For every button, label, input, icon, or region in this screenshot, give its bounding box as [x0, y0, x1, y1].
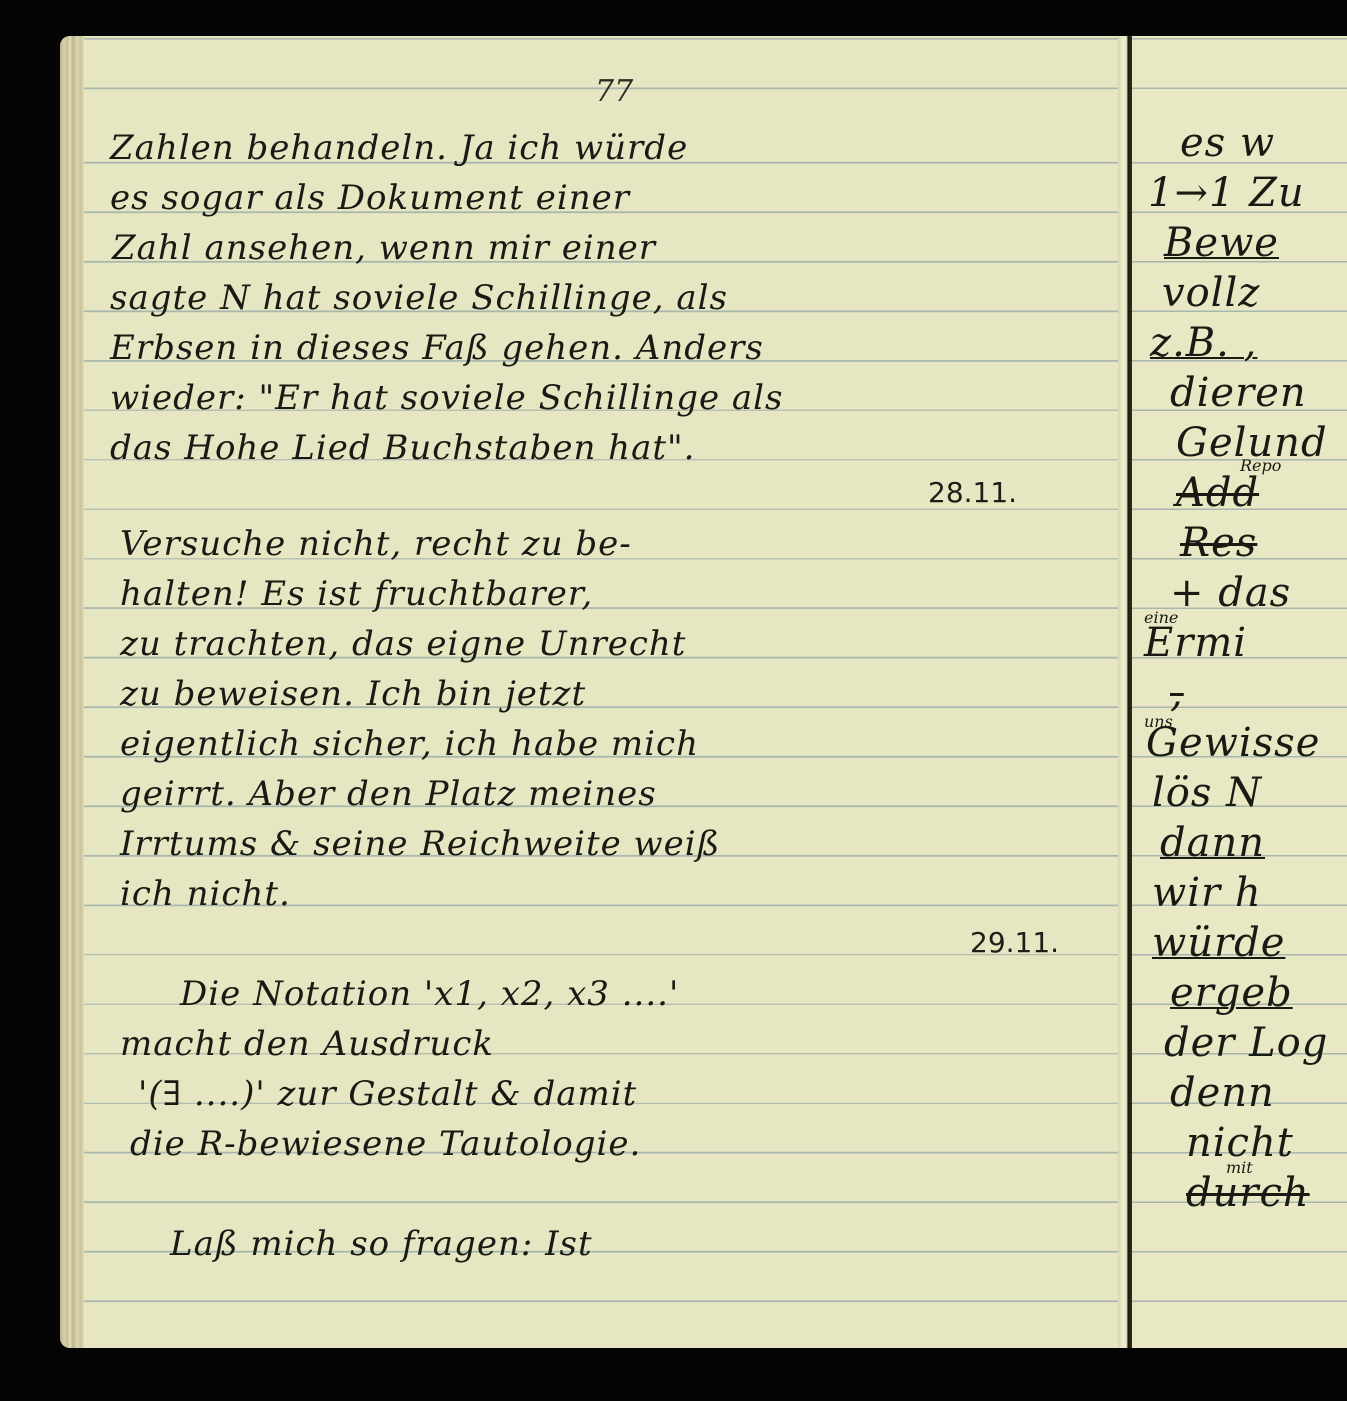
text-line: lös N: [1152, 770, 1262, 816]
struck-text-line: Add: [1176, 470, 1259, 516]
text-line: Erbsen in dieses Faß gehen. Anders: [110, 328, 764, 368]
text-line: Zahl ansehen, wenn mir einer: [112, 228, 656, 268]
text-line: der Log: [1164, 1020, 1328, 1066]
page-edges: [60, 36, 84, 1348]
text-line: es w: [1180, 120, 1275, 166]
text-line: Ermi: [1144, 620, 1247, 666]
text-line: Die Notation 'x1, x2, x3 ....': [180, 974, 679, 1014]
text-line: Irrtums & seine Reichweite weiß: [120, 824, 720, 864]
entry-date: 28.11.: [928, 476, 1017, 509]
text-line: zu trachten, das eigne Unrecht: [120, 624, 686, 664]
page-margin-line: [1130, 36, 1132, 1348]
right-notebook-page: es w 1→1 Zu Bewe vollz z.B. , dieren Gel…: [1130, 36, 1347, 1348]
text-line: Bewe: [1164, 220, 1279, 266]
text-line: dieren: [1170, 370, 1307, 416]
text-line: wieder: "Er hat soviele Schillinge als: [110, 378, 784, 418]
text-line: es sogar als Dokument einer: [110, 178, 630, 218]
text-line: die R-bewiesene Tautologie.: [130, 1124, 641, 1164]
page-number: 77: [595, 74, 633, 109]
text-line: halten! Es ist fruchtbarer,: [120, 574, 593, 614]
text-line: das Hohe Lied Buchstaben hat".: [110, 428, 695, 468]
text-line: z.B. ,: [1150, 320, 1257, 366]
left-notebook-page: 77 Zahlen behandeln. Ja ich würde es sog…: [60, 36, 1122, 1348]
text-line: denn: [1170, 1070, 1275, 1116]
text-line: '(∃ ....)' zur Gestalt & damit: [138, 1074, 637, 1114]
text-line: macht den Ausdruck: [120, 1024, 494, 1064]
struck-text-line: Res: [1180, 520, 1257, 566]
entry-date: 29.11.: [970, 926, 1059, 959]
text-line: wir h: [1152, 870, 1262, 916]
text-line: + das: [1170, 570, 1291, 616]
text-line: würde: [1152, 920, 1285, 966]
text-line: ergeb: [1170, 970, 1293, 1016]
text-line: 1→1 Zu: [1148, 170, 1305, 216]
text-line: eigentlich sicher, ich habe mich: [120, 724, 699, 764]
text-line: zu beweisen. Ich bin jetzt: [120, 674, 586, 714]
text-line: Zahlen behandeln. Ja ich würde: [110, 128, 688, 168]
text-line: dann: [1160, 820, 1265, 866]
text-line: geirrt. Aber den Platz meines: [120, 774, 657, 814]
struck-text-line: durch: [1186, 1170, 1310, 1216]
text-line: sagte N hat soviele Schillinge, als: [110, 278, 728, 318]
struck-text-line: ,: [1170, 670, 1184, 716]
book-gutter: [1118, 36, 1130, 1348]
text-line: Versuche nicht, recht zu be-: [120, 524, 632, 564]
text-line: Laß mich so fragen: Ist: [170, 1224, 593, 1264]
text-line: vollz: [1162, 270, 1260, 316]
text-line: ich nicht.: [120, 874, 291, 914]
text-line: Gewisse: [1146, 720, 1320, 766]
